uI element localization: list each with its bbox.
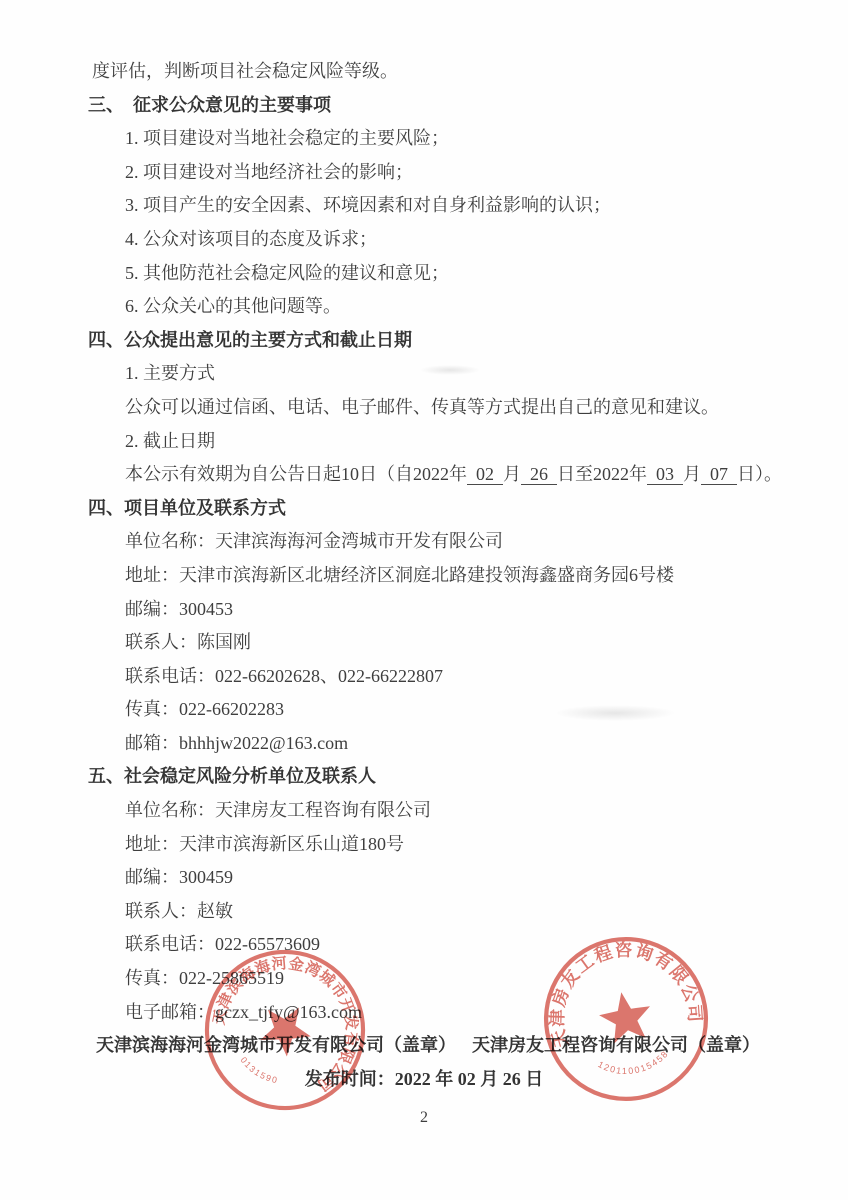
section3-item: 6. 公众关心的其他问题等。 — [0, 290, 848, 324]
section5-row: 传真：022-25865519 — [0, 962, 848, 996]
section4b-row: 单位名称：天津滨海海河金湾城市开发有限公司 — [0, 525, 848, 559]
section4a-method-line: 公众可以通过信函、电话、电子邮件、传真等方式提出自己的意见和建议。 — [0, 391, 848, 425]
section3-item: 3. 项目产生的安全因素、环境因素和对自身利益影响的认识； — [0, 189, 848, 223]
page-number: 2 — [0, 1107, 848, 1129]
seal-star-icon — [252, 994, 320, 1061]
section4b-row: 邮箱：bhhhjw2022@163.com — [0, 727, 848, 761]
section4b-row: 地址：天津市滨海新区北塘经济区洞庭北路建投领海鑫盛商务园6号楼 — [0, 559, 848, 593]
document-page: 度评估，判断项目社会稳定风险等级。 三、 征求公众意见的主要事项 1. 项目建设… — [0, 0, 848, 1200]
section5-row: 邮编：300459 — [0, 861, 848, 895]
deadline-line: 本公示有效期为自公告日起10日（自2022年02月26日至2022年03月07日… — [0, 458, 848, 492]
intro-line: 度评估，判断项目社会稳定风险等级。 — [0, 55, 848, 89]
deadline-day1: 26 — [521, 464, 557, 485]
section4a-heading: 四、公众提出意见的主要方式和截止日期 — [0, 324, 848, 358]
deadline-sep1: 月 — [503, 464, 521, 484]
deadline-day2: 07 — [701, 464, 737, 485]
section5-row: 电子邮箱：gczx_tjfy@163.com — [0, 996, 848, 1030]
company-seal-right: 天津房友工程咨询有限公司 120110015458 — [528, 921, 725, 1118]
section3-item: 2. 项目建设对当地经济社会的影响； — [0, 156, 848, 190]
section4a-sub2: 2. 截止日期 — [0, 425, 848, 459]
deadline-mid: 日至2022年 — [557, 464, 647, 484]
section5-heading: 五、社会稳定风险分析单位及联系人 — [0, 760, 848, 794]
seal-star-icon — [596, 988, 655, 1045]
section4b-row: 联系电话：022-66202628、022-66222807 — [0, 660, 848, 694]
document-content: 度评估，判断项目社会稳定风险等级。 三、 征求公众意见的主要事项 1. 项目建设… — [0, 55, 848, 1129]
deadline-sep2: 月 — [683, 464, 701, 484]
section5-row: 单位名称：天津房友工程咨询有限公司 — [0, 794, 848, 828]
section5-row: 联系电话：022-65573609 — [0, 928, 848, 962]
section3-heading: 三、 征求公众意见的主要事项 — [0, 89, 848, 123]
deadline-suffix: 日）。 — [737, 464, 782, 484]
section4b-row: 联系人：陈国刚 — [0, 626, 848, 660]
deadline-month1: 02 — [467, 464, 503, 485]
section5-row: 联系人：赵敏 — [0, 895, 848, 929]
section5-row: 地址：天津市滨海新区乐山道180号 — [0, 828, 848, 862]
footer-company-line: 天津滨海海河金湾城市开发有限公司（盖章） 天津房友工程咨询有限公司（盖章） — [0, 1029, 848, 1063]
section3-item: 4. 公众对该项目的态度及诉求； — [0, 223, 848, 257]
seal-number-text: 120110015458 — [595, 1047, 673, 1082]
section4b-heading: 四、项目单位及联系方式 — [0, 492, 848, 526]
section4b-row: 传真：022-66202283 — [0, 693, 848, 727]
deadline-month2: 03 — [647, 464, 683, 485]
section3-item: 1. 项目建设对当地社会稳定的主要风险； — [0, 122, 848, 156]
section4b-row: 邮编：300453 — [0, 593, 848, 627]
seal-number-text: 0131590 — [236, 1053, 282, 1089]
section3-item: 5. 其他防范社会稳定风险的建议和意见； — [0, 257, 848, 291]
section4a-sub1: 1. 主要方式 — [0, 357, 848, 391]
deadline-prefix: 本公示有效期为自公告日起10日（自2022年 — [125, 464, 467, 484]
